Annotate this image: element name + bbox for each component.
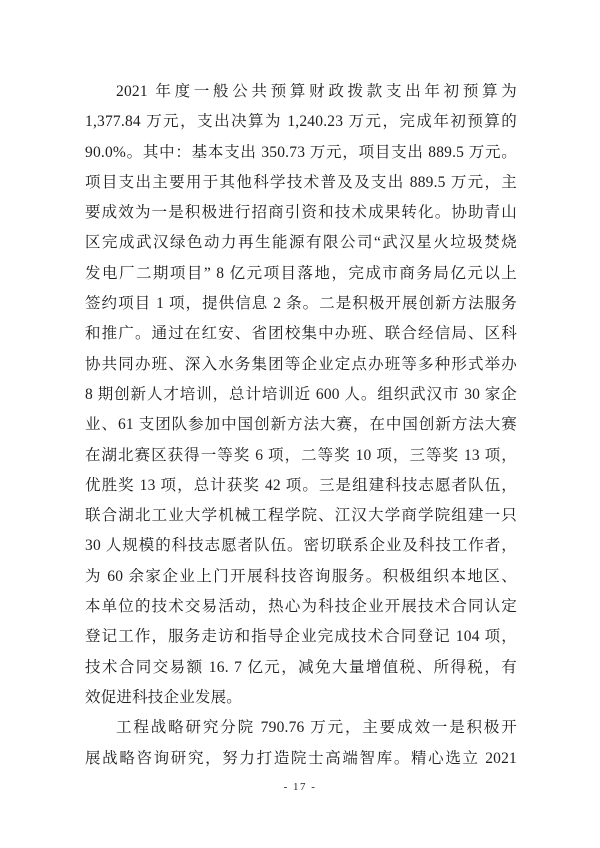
text-line: 联合湖北工业大学机械工程学院、江汉大学商学院组建一只: [85, 501, 517, 531]
text-line: 展战略咨询研究，努力打造院士高端智库。精心选立 2021: [85, 744, 517, 774]
text-line: 效促进科技企业发展。: [85, 683, 517, 713]
text-line: 项目支出主要用于其他科学技术普及及支出 889.5 万元，主: [85, 168, 517, 198]
text-line: 发电厂二期项目” 8 亿元项目落地，完成市商务局亿元以上: [85, 259, 517, 289]
text-line: 登记工作，服务走访和指导企业完成技术合同登记 104 项，: [85, 622, 517, 652]
text-line: 业、61 支团队参加中国创新方法大赛，在中国创新方法大赛: [85, 410, 517, 440]
text-line: 8 期创新人才培训，总计培训近 600 人。组织武汉市 30 家企: [85, 380, 517, 410]
text-line: 90.0%。其中：基本支出 350.73 万元，项目支出 889.5 万元。: [85, 138, 517, 168]
text-line: 工程战略研究分院 790.76 万元，主要成效一是积极开: [85, 713, 517, 743]
page-number: - 17 -: [0, 781, 600, 793]
text-line: 为 60 余家企业上门开展科技咨询服务。积极组织本地区、: [85, 562, 517, 592]
text-line: 在湖北赛区获得一等奖 6 项，二等奖 10 项，三等奖 13 项，: [85, 441, 517, 471]
text-line: 优胜奖 13 项，总计获奖 42 项。三是组建科技志愿者队伍，: [85, 471, 517, 501]
text-line: 区完成武汉绿色动力再生能源有限公司“武汉星火垃圾焚烧: [85, 228, 517, 258]
text-line: 30 人规模的科技志愿者队伍。密切联系企业及科技工作者，: [85, 531, 517, 561]
document-page: 2021 年度一般公共预算财政拨款支出年初预算为1,377.84 万元，支出决算…: [0, 0, 600, 848]
text-line: 本单位的技术交易活动，热心为科技企业开展技术合同认定: [85, 592, 517, 622]
text-line: 2021 年度一般公共预算财政拨款支出年初预算为: [85, 77, 517, 107]
text-line: 协共同办班、深入水务集团等企业定点办班等多种形式举办: [85, 350, 517, 380]
document-body: 2021 年度一般公共预算财政拨款支出年初预算为1,377.84 万元，支出决算…: [85, 77, 517, 774]
text-line: 1,377.84 万元，支出决算为 1,240.23 万元，完成年初预算的: [85, 107, 517, 137]
text-line: 签约项目 1 项，提供信息 2 条。二是积极开展创新方法服务: [85, 289, 517, 319]
text-line: 要成效为一是积极进行招商引资和技术成果转化。协助青山: [85, 198, 517, 228]
text-line: 和推广。通过在红安、省团校集中办班、联合经信局、区科: [85, 319, 517, 349]
text-line: 技术合同交易额 16. 7 亿元，减免大量增值税、所得税，有: [85, 653, 517, 683]
